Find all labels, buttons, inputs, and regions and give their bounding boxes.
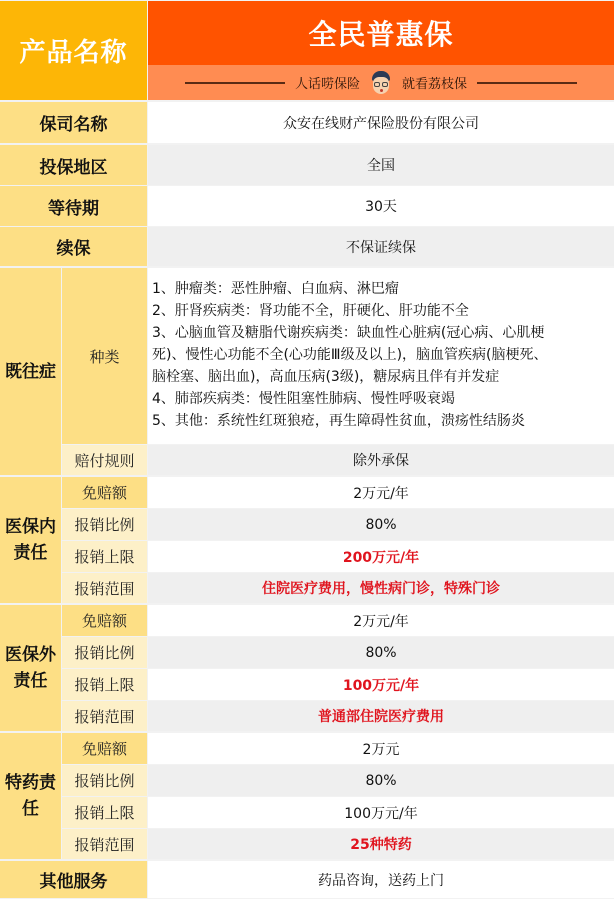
condition-item: 5、其他：系统性红斑狼疮，再生障碍性贫血，溃疡性结肠炎 bbox=[152, 410, 608, 432]
condition-item: 4、肺部疾病类：慢性阻塞性肺病、慢性呼吸衰竭 bbox=[152, 388, 608, 410]
slogan-left: 人话唠保险 bbox=[295, 73, 360, 92]
row-value-renewal: 不保证续保 bbox=[148, 227, 614, 266]
sub-label-limit: 报销上限 bbox=[62, 541, 147, 572]
sub-label-types: 种类 bbox=[62, 268, 147, 444]
group-label-in-insurance: 医保内 责任 bbox=[0, 477, 61, 603]
condition-item: 3、心脑血管及糖脂代谢疾病类：缺血性心脏病(冠心病、心肌梗 bbox=[152, 322, 608, 344]
condition-item: 1、肿瘤类：恶性肿瘤、白血病、淋巴瘤 bbox=[152, 278, 608, 300]
claim-rule-value: 除外承保 bbox=[148, 445, 614, 475]
group-label-out-insurance: 医保外 责任 bbox=[0, 605, 61, 731]
divider-line-left bbox=[185, 82, 285, 84]
sub-label-limit: 报销上限 bbox=[62, 669, 147, 700]
condition-item: 脑栓塞、脑出血)，高血压病(3级)，糖尿病且伴有并发症 bbox=[152, 366, 608, 388]
sub-label-scope: 报销范围 bbox=[62, 829, 147, 859]
row-label-waiting-period: 等待期 bbox=[0, 186, 147, 226]
product-name-label: 产品名称 bbox=[19, 32, 127, 69]
value-limit: 200万元/年 bbox=[148, 541, 614, 572]
sub-label-ratio: 报销比例 bbox=[62, 509, 147, 540]
value-ratio: 80% bbox=[148, 637, 614, 668]
divider-line-right bbox=[477, 82, 577, 84]
condition-item: 2、肝肾疾病类：肾功能不全，肝硬化、肝功能不全 bbox=[152, 300, 608, 322]
value-deductible: 2万元/年 bbox=[148, 605, 614, 636]
slogan-bar: 人话唠保险 就看荔枝保 bbox=[148, 65, 614, 100]
value-ratio: 80% bbox=[148, 765, 614, 796]
value-limit: 100万元/年 bbox=[148, 669, 614, 700]
sub-label-ratio: 报销比例 bbox=[62, 765, 147, 796]
sub-label-claim-rule: 赔付规则 bbox=[62, 445, 147, 475]
row-label-region: 投保地区 bbox=[0, 145, 147, 185]
slogan-right: 就看荔枝保 bbox=[402, 73, 467, 92]
product-title: 全民普惠保 bbox=[308, 13, 453, 53]
value-deductible: 2万元 bbox=[148, 733, 614, 764]
row-label-insurer: 保司名称 bbox=[0, 102, 147, 143]
sub-label-ratio: 报销比例 bbox=[62, 637, 147, 668]
cartoon-face-icon bbox=[370, 71, 392, 95]
group-label-preexisting: 既往症 bbox=[0, 268, 61, 475]
sub-label-scope: 报销范围 bbox=[62, 701, 147, 731]
row-label-other-services: 其他服务 bbox=[0, 861, 147, 898]
value-scope: 住院医疗费用，慢性病门诊，特殊门诊 bbox=[148, 573, 614, 603]
product-name-header: 产品名称 bbox=[0, 1, 147, 100]
value-limit: 100万元/年 bbox=[148, 797, 614, 828]
value-scope: 25种特药 bbox=[148, 829, 614, 859]
group-label-special-drugs: 特药责 任 bbox=[0, 733, 61, 859]
row-value-insurer: 众安在线财产保险股份有限公司 bbox=[148, 102, 614, 143]
preexisting-condition-list: 1、肿瘤类：恶性肿瘤、白血病、淋巴瘤 2、肝肾疾病类：肾功能不全，肝硬化、肝功能… bbox=[148, 268, 614, 444]
product-title-bar: 全民普惠保 bbox=[148, 1, 614, 65]
sub-label-limit: 报销上限 bbox=[62, 797, 147, 828]
row-label-renewal: 续保 bbox=[0, 227, 147, 266]
sub-label-deductible: 免赔额 bbox=[62, 605, 147, 636]
value-deductible: 2万元/年 bbox=[148, 477, 614, 508]
sub-label-deductible: 免赔额 bbox=[62, 733, 147, 764]
insurance-comparison-table: 产品名称 全民普惠保 人话唠保险 就看荔枝保 保司名称 众安在线财产保险股份有限… bbox=[0, 0, 614, 899]
value-scope: 普通部住院医疗费用 bbox=[148, 701, 614, 731]
row-value-region: 全国 bbox=[148, 145, 614, 185]
row-value-other-services: 药品咨询，送药上门 bbox=[148, 861, 614, 898]
row-value-waiting-period: 30天 bbox=[148, 186, 614, 226]
value-ratio: 80% bbox=[148, 509, 614, 540]
condition-item: 死)、慢性心功能不全(心功能Ⅲ级及以上)，脑血管疾病(脑梗死、 bbox=[152, 344, 608, 366]
sub-label-scope: 报销范围 bbox=[62, 573, 147, 603]
sub-label-deductible: 免赔额 bbox=[62, 477, 147, 508]
